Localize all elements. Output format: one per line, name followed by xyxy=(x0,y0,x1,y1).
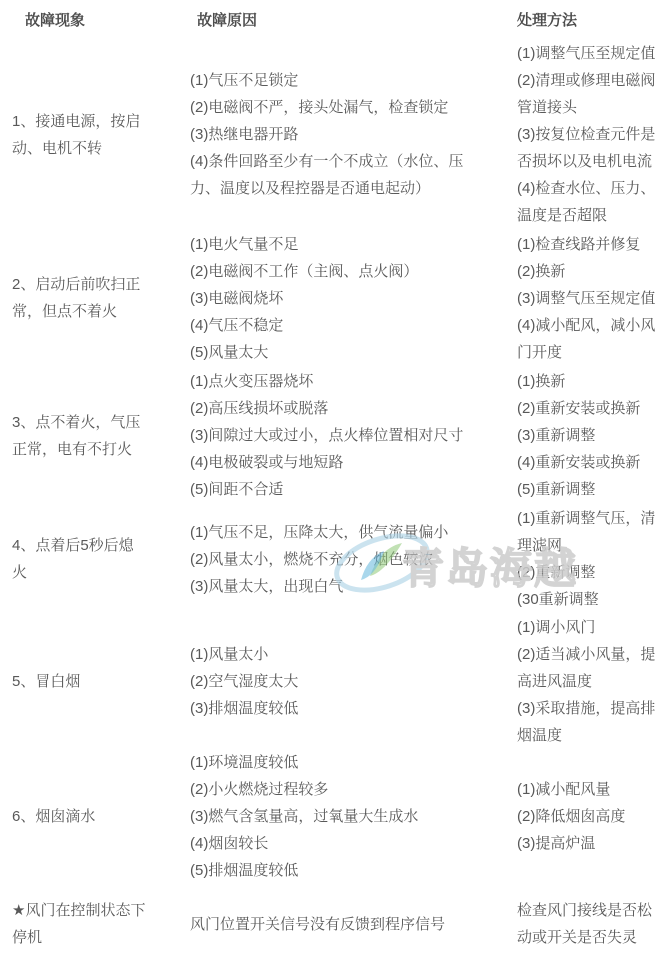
column-header-cause: 故障原因 xyxy=(190,0,517,40)
phenomenon-cell: 2、启动后前吹扫正常，但点不着火 xyxy=(0,229,190,367)
phenomenon-cell: 6、烟囱滴水 xyxy=(0,749,190,884)
cause-cell: (1)电火气量不足 (2)电磁阀不工作（主阀、点火阀） (3)电磁阀烧坏 (4)… xyxy=(190,229,517,367)
phenomenon-cell: ★风门在控制状态下停机 xyxy=(0,884,190,964)
cause-cell: (1)风量太小 (2)空气湿度太大 (3)排烟温度较低 xyxy=(190,614,517,749)
phenomenon-cell: 5、冒白烟 xyxy=(0,614,190,749)
cause-cell: (1)气压不足，压降太大，供气流量偏小 (2)风量太小，燃烧不充分，烟色较浓 (… xyxy=(190,504,517,614)
phenomenon-cell: 4、点着后5秒后熄火 xyxy=(0,504,190,614)
table-row: 3、点不着火，气压正常，电有不打火 (1)点火变压器烧坏 (2)高压线损坏或脱落… xyxy=(0,367,666,504)
method-cell: (1)调小风门 (2)适当减小风量，提高进风温度 (3)采取措施，提高排烟温度 xyxy=(517,614,666,749)
cause-cell: 风门位置开关信号没有反馈到程序信号 xyxy=(190,884,517,964)
table-row: 2、启动后前吹扫正常，但点不着火 (1)电火气量不足 (2)电磁阀不工作（主阀、… xyxy=(0,229,666,367)
phenomenon-cell: 3、点不着火，气压正常，电有不打火 xyxy=(0,367,190,504)
column-header-phenomenon: 故障现象 xyxy=(0,0,190,40)
method-cell: (1)检查线路并修复 (2)换新 (3)调整气压至规定值 (4)减小配风，减小风… xyxy=(517,229,666,367)
method-cell: (1)减小配风量 (2)降低烟囱高度 (3)提高炉温 xyxy=(517,749,666,884)
method-cell: (1)换新 (2)重新安装或换新 (3)重新调整 (4)重新安装或换新 (5)重… xyxy=(517,367,666,504)
phenomenon-cell: 1、接通电源，按启动、电机不转 xyxy=(0,40,190,229)
table-row: ★风门在控制状态下停机 风门位置开关信号没有反馈到程序信号 检查风门接线是否松动… xyxy=(0,884,666,964)
table-row: 4、点着后5秒后熄火 (1)气压不足，压降太大，供气流量偏小 (2)风量太小，燃… xyxy=(0,504,666,614)
fault-troubleshooting-table: 故障现象 故障原因 处理方法 1、接通电源，按启动、电机不转 (1)气压不足锁定… xyxy=(0,0,666,964)
method-cell: 检查风门接线是否松动或开关是否失灵 xyxy=(517,884,666,964)
table-row: 1、接通电源，按启动、电机不转 (1)气压不足锁定 (2)电磁阀不严，接头处漏气… xyxy=(0,40,666,229)
column-header-method: 处理方法 xyxy=(517,0,666,40)
cause-cell: (1)点火变压器烧坏 (2)高压线损坏或脱落 (3)间隙过大或过小，点火棒位置相… xyxy=(190,367,517,504)
cause-cell: (1)气压不足锁定 (2)电磁阀不严，接头处漏气，检查锁定 (3)热继电器开路 … xyxy=(190,40,517,229)
cause-cell: (1)环境温度较低 (2)小火燃烧过程较多 (3)燃气含氢量高，过氧量大生成水 … xyxy=(190,749,517,884)
method-cell: (1)重新调整气压，清理滤网 (2)重新调整 (30重新调整 xyxy=(517,504,666,614)
table-row: 5、冒白烟 (1)风量太小 (2)空气湿度太大 (3)排烟温度较低 (1)调小风… xyxy=(0,614,666,749)
table-header-row: 故障现象 故障原因 处理方法 xyxy=(0,0,666,40)
method-cell: (1)调整气压至规定值 (2)清理或修理电磁阀管道接头 (3)按复位检查元件是否… xyxy=(517,40,666,229)
table-row: 6、烟囱滴水 (1)环境温度较低 (2)小火燃烧过程较多 (3)燃气含氢量高，过… xyxy=(0,749,666,884)
